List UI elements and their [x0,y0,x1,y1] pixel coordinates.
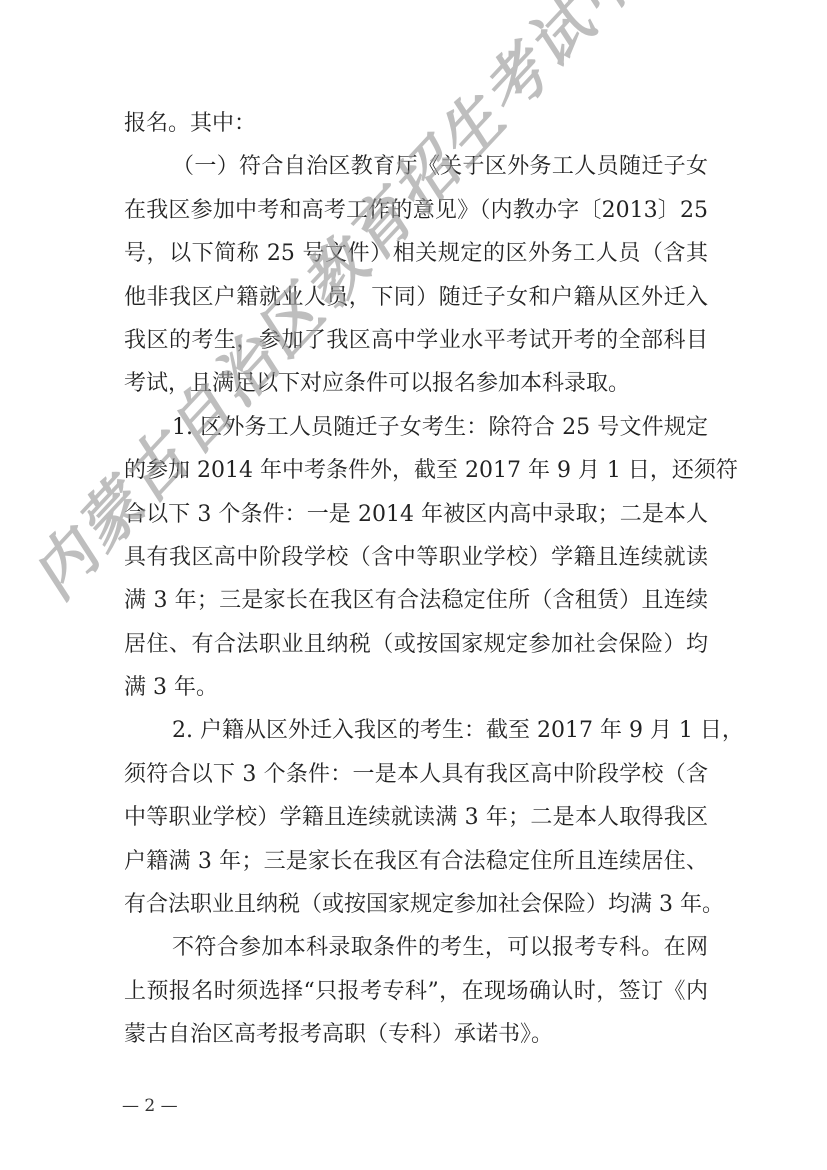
text-line: 不符合参加本科录取条件的考生，可以报考专科。在网 [124,926,708,969]
text-line: 2. 户籍从区外迁入我区的考生：截至 2017 年 9 月 1 日， [124,709,708,752]
text-line: 居住、有合法职业且纳税（或按国家规定参加社会保险）均 [124,623,708,666]
text-line: 蒙古自治区高考报考高职（专科）承诺书》。 [124,1013,708,1056]
text-line: 有合法职业且纳税（或按国家规定参加社会保险）均满 3 年。 [124,883,708,926]
text-line: （一）符合自治区教育厅《关于区外务工人员随迁子女 [124,145,708,188]
text-line: 合以下 3 个条件：一是 2014 年被区内高中录取；二是本人 [124,493,708,536]
document-body: 报名。其中： （一）符合自治区教育厅《关于区外务工人员随迁子女 在我区参加中考和… [124,102,708,1057]
text-line: 号，以下简称 25 号文件）相关规定的区外务工人员（含其 [124,232,708,275]
document-page: 报名。其中： （一）符合自治区教育厅《关于区外务工人员随迁子女 在我区参加中考和… [0,0,827,1170]
text-line: 报名。其中： [124,102,708,145]
text-line: 1. 区外务工人员随迁子女考生：除符合 25 号文件规定 [124,406,708,449]
text-line: 中等职业学校）学籍且连续就读满 3 年；二是本人取得我区 [124,796,708,839]
text-line: 我区的考生，参加了我区高中学业水平考试开考的全部科目 [124,319,708,362]
text-line: 考试，且满足以下对应条件可以报名参加本科录取。 [124,362,708,405]
text-line: 在我区参加中考和高考工作的意见》（内教办字〔2013〕25 [124,189,708,232]
text-line: 须符合以下 3 个条件：一是本人具有我区高中阶段学校（含 [124,753,708,796]
text-line: 他非我区户籍就业人员，下同）随迁子女和户籍从区外迁入 [124,276,708,319]
text-line: 具有我区高中阶段学校（含中等职业学校）学籍且连续就读 [124,536,708,579]
text-line: 户籍满 3 年；三是家长在我区有合法稳定住所且连续居住、 [124,840,708,883]
text-line: 满 3 年。 [124,666,708,709]
text-line: 上预报名时须选择“只报考专科”，在现场确认时，签订《内 [124,970,708,1013]
text-line: 的参加 2014 年中考条件外，截至 2017 年 9 月 1 日，还须符 [124,449,708,492]
text-line: 满 3 年；三是家长在我区有合法稳定住所（含租赁）且连续 [124,579,708,622]
page-number: — 2 — [122,1096,178,1116]
